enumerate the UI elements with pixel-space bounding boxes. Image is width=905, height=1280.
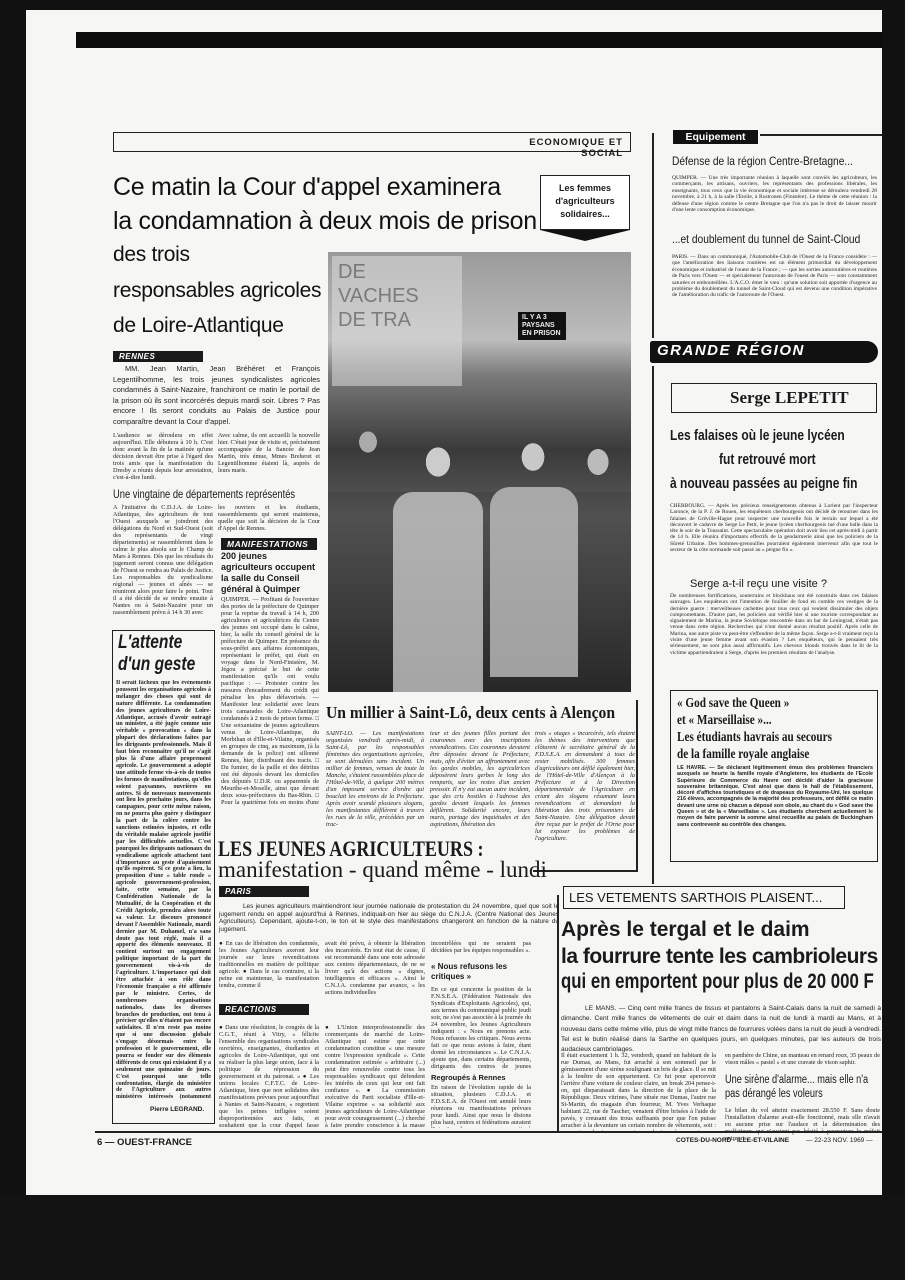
section-label: ECONOMIQUE ET SOCIAL [488,137,623,159]
jeunes-col3: incontrôlées qui ne seraient pas décidée… [431,940,531,954]
god-text: LE HAVRE. — Se déclarant légitimement ém… [677,765,873,828]
lead-col4: les ouvriers et les étudiants, rassemble… [218,504,320,532]
editorial-text: Il serait fâcheux que les événements pou… [116,680,211,1100]
reactions-col2: ● L'Union interprofessionnelle des comme… [325,1024,425,1128]
equip-headline1: Défense de la région Centre-Bretagne... [672,154,853,168]
lead-col3: A l'initiative du C.D.J.A. de Loire-Atla… [113,504,213,626]
reactions-col1: ● Dans une résolution, le congrès de la … [219,1024,319,1128]
lead-intro: MM. Jean Martin, Jean Bréhéret et Franço… [113,364,320,427]
sarthe-col1: Il était exactement 1 h. 32, vendredi, q… [561,1052,716,1132]
lepetit-name: Serge LEPETIT [730,388,849,408]
teaser-arrow [540,230,630,241]
sarthe-headline2: la fourrure tente les cambrioleurs [561,945,878,969]
footer-edition: COTES-DU-NORD - ILLE-ET-VILAINE [676,1137,789,1144]
sarthe-intro: LE MANS. — Cinq cent mille francs de tis… [561,1004,881,1055]
god-headline3: Les étudiants havrais au secours [677,730,832,746]
equipement-tag: Equipement [673,130,758,144]
jeunes-intro: Les jeunes agriculteurs maintiendront le… [219,903,559,933]
sarthe-headline3: qui en emportent pour plus de 20 000 F [561,970,874,994]
lead-headline-line3: des trois [113,238,190,272]
bottom-black-band [0,1195,905,1280]
jeunes-subhead-rennes: Regroupés à Rennes [431,1073,531,1082]
photo-bottom-rule [533,870,638,872]
photo-banner-text: DE VACHES DE TRA [338,260,448,332]
jeunes-subhead-critiques: « Nous refusons les critiques » [431,962,531,982]
editorial-title-line1: L'attente [118,633,182,653]
manifestations-headline: 200 jeunes agriculteurs occupent la sall… [221,551,319,595]
sarthe-col2: en panthère de Chine, un manteau en rena… [725,1052,880,1066]
photo-col3: trois « otages » incarcérés, tels étaien… [535,730,635,868]
dateline-rennes: RENNES [113,351,203,362]
photo-caption: Un millier à Saint-Lô, deux cents à Alen… [326,703,615,723]
jeunes-col3c: En raison de l'évolution rapide de la si… [431,1084,531,1128]
sarthe-headline1: Après le tergal et le daim [561,918,810,942]
jeunes-col3b: En ce qui concerne la position de la F.N… [431,986,531,1070]
editorial-author: Pierre LEGRAND. [150,1106,204,1113]
lead-subhead: Une vingtaine de départements représenté… [113,487,295,501]
lepetit-headline2: fut retrouvé mort [719,451,816,468]
lepetit-text2: De nombreuses fortifications, souterrain… [670,593,878,677]
god-headline1: « God save the Queen » [677,696,789,712]
grande-region-label: GRANDE RÉGION [657,342,805,359]
demonstration-photo: DE VACHES DE TRA IL Y A 3 PAYSANS EN PRI… [328,252,631,692]
photo-column-rule [636,700,638,872]
lepetit-headline3: à nouveau passées au peigne fin [670,475,857,492]
teaser-text: Les femmes d'agriculteurs solidaires... [548,182,622,221]
footer-page-label: 6 — OUEST-FRANCE [97,1137,192,1148]
right-column-rule [652,133,654,338]
center-column-rule [557,895,559,1133]
jeunes-col2: avait été prévu, à obtenir la libération… [325,940,425,996]
footer-date: — 22-23 NOV. 1969 — [806,1137,873,1144]
lepetit-headline1: Les falaises où le jeune lycéen [670,427,845,444]
god-headline2: et « Marseillaise »... [677,713,772,729]
reactions-tag: REACTIONS [219,1004,309,1015]
equip-text1: QUIMPER. — Une très importante réunion à… [672,175,877,213]
equipement-rule [760,134,882,136]
photo-protest-sign: IL Y A 3 PAYSANS EN PRISON [518,312,566,340]
photo-coat-right [490,487,578,677]
grande-region-column-rule [652,366,654,884]
jeunes-headline-line2: manifestation - quand même - lundi [218,857,547,883]
jeunes-col1: ● En cas de libération des condamnés, le… [219,940,319,989]
sarthe-subhead: Une sirène d'alarme... mais elle n'a pas… [725,1073,877,1101]
manifestations-text: QUIMPER. — Profitant de l'ouverture des … [221,596,319,806]
lead-headline-line5: de Loire-Atlantique [113,309,284,343]
sarthe-kicker: LES VETEMENTS SARTHOIS PLAISENT... [569,890,822,905]
god-headline4: de la famille royale anglaise [677,747,809,763]
photo-coat-left [393,492,483,692]
equip-headline2: ...et doublement du tunnel de Saint-Clou… [672,232,860,246]
photo-col1: SAINT-LO. — Les manifestations organisée… [326,730,424,830]
lead-col1: L'audience se déroulera en effet aujourd… [113,432,213,481]
lead-col2: Avec calme, ils ont accueilli la nouvell… [218,432,320,474]
equip-text2: PARIS. — Dans un communiqué, l'Automobil… [672,254,877,299]
manifestations-tag: MANIFESTATIONS [221,538,317,550]
lead-headline-line1: Ce matin la Cour d'appel examinera [113,170,501,204]
top-black-rule [76,32,882,48]
footer-rule [95,1131,882,1133]
editorial-title-line2: d'un geste [118,655,195,675]
photo-col2: teur et des jeunes filles portant des co… [430,730,530,830]
lead-headline-line4: responsables agricoles [113,274,321,308]
lepetit-subhead: Serge a-t-il reçu une visite ? [690,578,827,590]
lepetit-text1: CHERBOURG. — Après les précieux renseign… [670,503,878,553]
lead-headline-line2: la condamnation à deux mois de prison [113,204,537,238]
dateline-paris: PARIS [219,886,309,897]
